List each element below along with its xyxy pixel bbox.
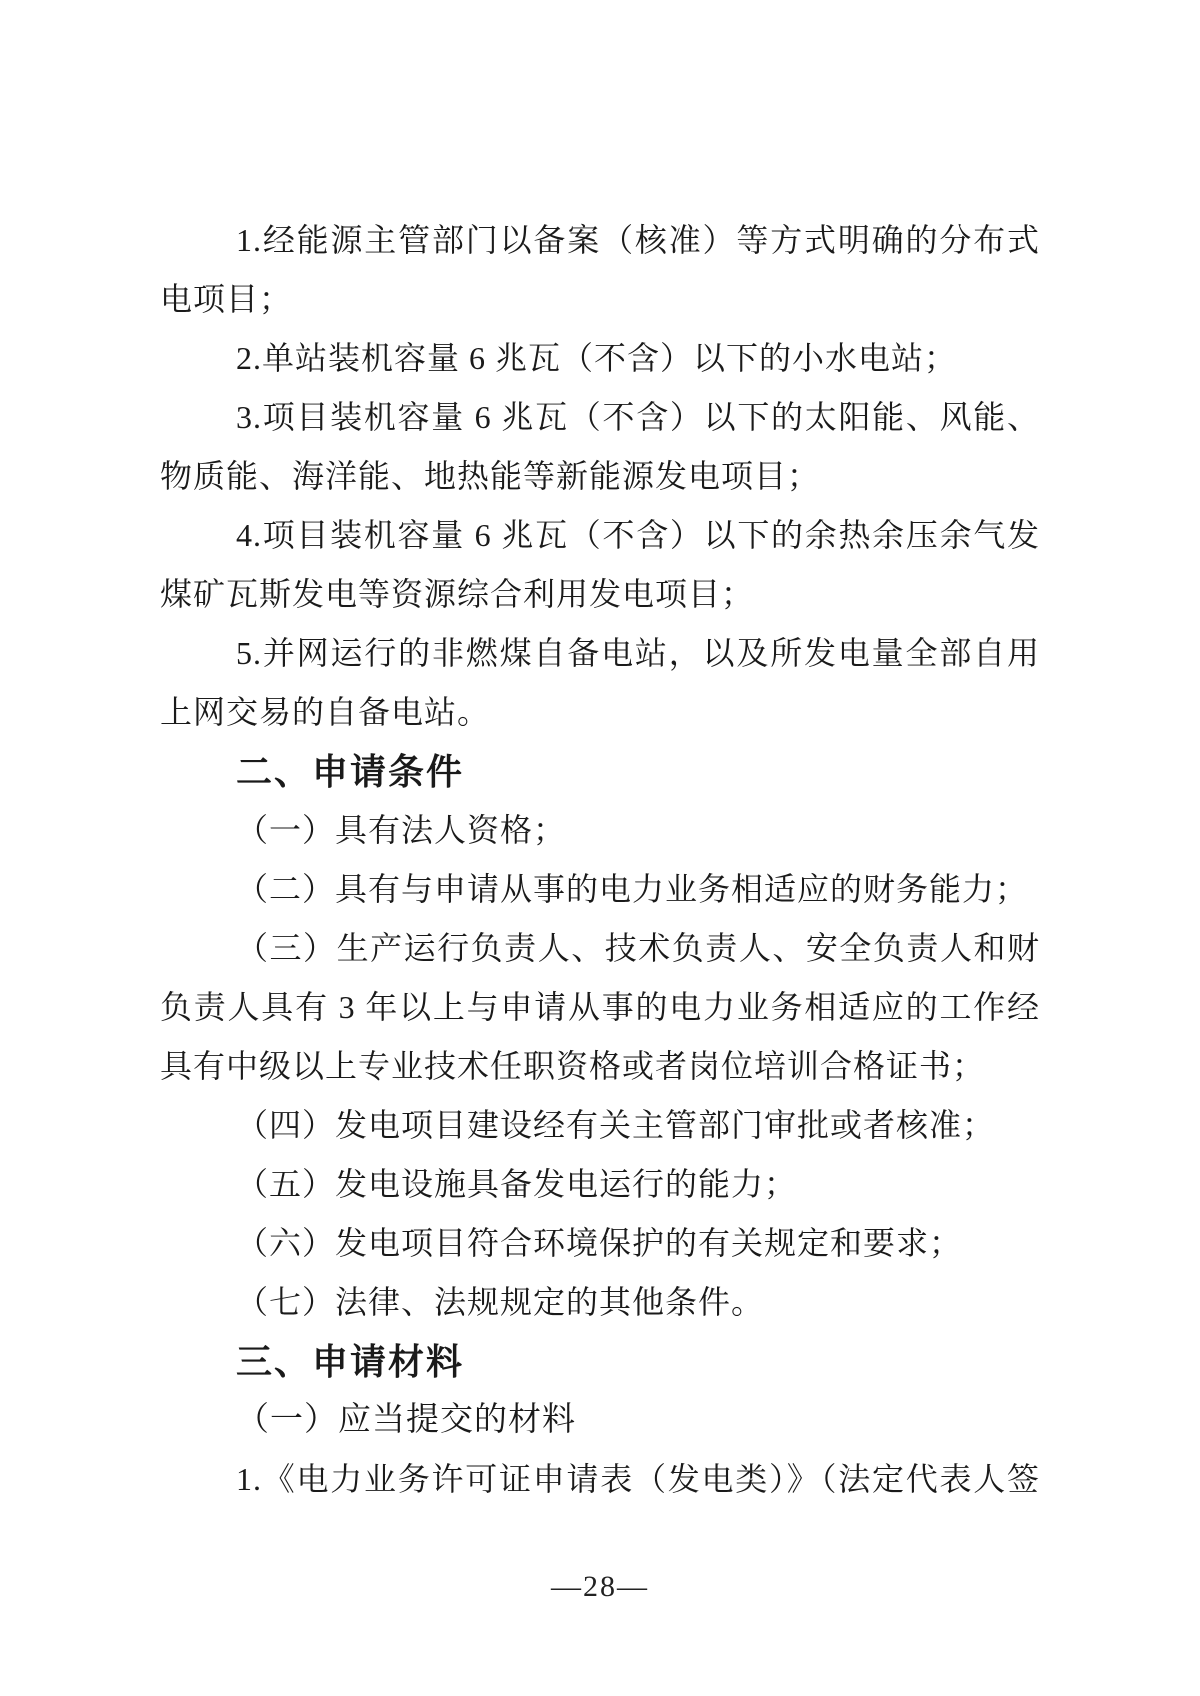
paragraph-line: 3.项目装机容量 6 兆瓦（不含）以下的太阳能、风能、生 (160, 388, 1040, 447)
paragraph-line: （四）发电项目建设经有关主管部门审批或者核准； (160, 1096, 1040, 1155)
paragraph-line: 煤矿瓦斯发电等资源综合利用发电项目； (160, 565, 1040, 624)
paragraph-line: （五）发电设施具备发电运行的能力； (160, 1155, 1040, 1214)
document-body: 1.经能源主管部门以备案（核准）等方式明确的分布式发 电项目； 2.单站装机容量… (160, 211, 1040, 1509)
paragraph-line: （三）生产运行负责人、技术负责人、安全负责人和财务 (160, 919, 1040, 978)
paragraph-line: （六）发电项目符合环境保护的有关规定和要求； (160, 1214, 1040, 1273)
paragraph-line: （一）具有法人资格； (160, 801, 1040, 860)
paragraph-line: （二）具有与申请从事的电力业务相适应的财务能力； (160, 860, 1040, 919)
paragraph-line: 4.项目装机容量 6 兆瓦（不含）以下的余热余压余气发电、 (160, 506, 1040, 565)
subsection-heading: （一）应当提交的材料 (160, 1391, 1040, 1450)
page-number: —28— (0, 1570, 1200, 1604)
paragraph-line: 1.经能源主管部门以备案（核准）等方式明确的分布式发 (160, 211, 1040, 270)
paragraph-line: 电项目； (160, 270, 1040, 329)
paragraph-line: 5.并网运行的非燃煤自备电站，以及所发电量全部自用不 (160, 624, 1040, 683)
paragraph-line: 物质能、海洋能、地热能等新能源发电项目； (160, 447, 1040, 506)
paragraph-line: 上网交易的自备电站。 (160, 683, 1040, 742)
paragraph-line: 2.单站装机容量 6 兆瓦（不含）以下的小水电站； (160, 329, 1040, 388)
document-page: 1.经能源主管部门以备案（核准）等方式明确的分布式发 电项目； 2.单站装机容量… (0, 0, 1200, 1696)
paragraph-line: 负责人具有 3 年以上与申请从事的电力业务相适应的工作经历， (160, 978, 1040, 1037)
section-heading-3: 三、申请材料 (160, 1332, 1040, 1391)
paragraph-line: （七）法律、法规规定的其他条件。 (160, 1273, 1040, 1332)
paragraph-line: 具有中级以上专业技术任职资格或者岗位培训合格证书； (160, 1037, 1040, 1096)
section-heading-2: 二、申请条件 (160, 742, 1040, 801)
paragraph-line: 1.《电力业务许可证申请表（发电类）》（法定代表人签 (160, 1450, 1040, 1509)
